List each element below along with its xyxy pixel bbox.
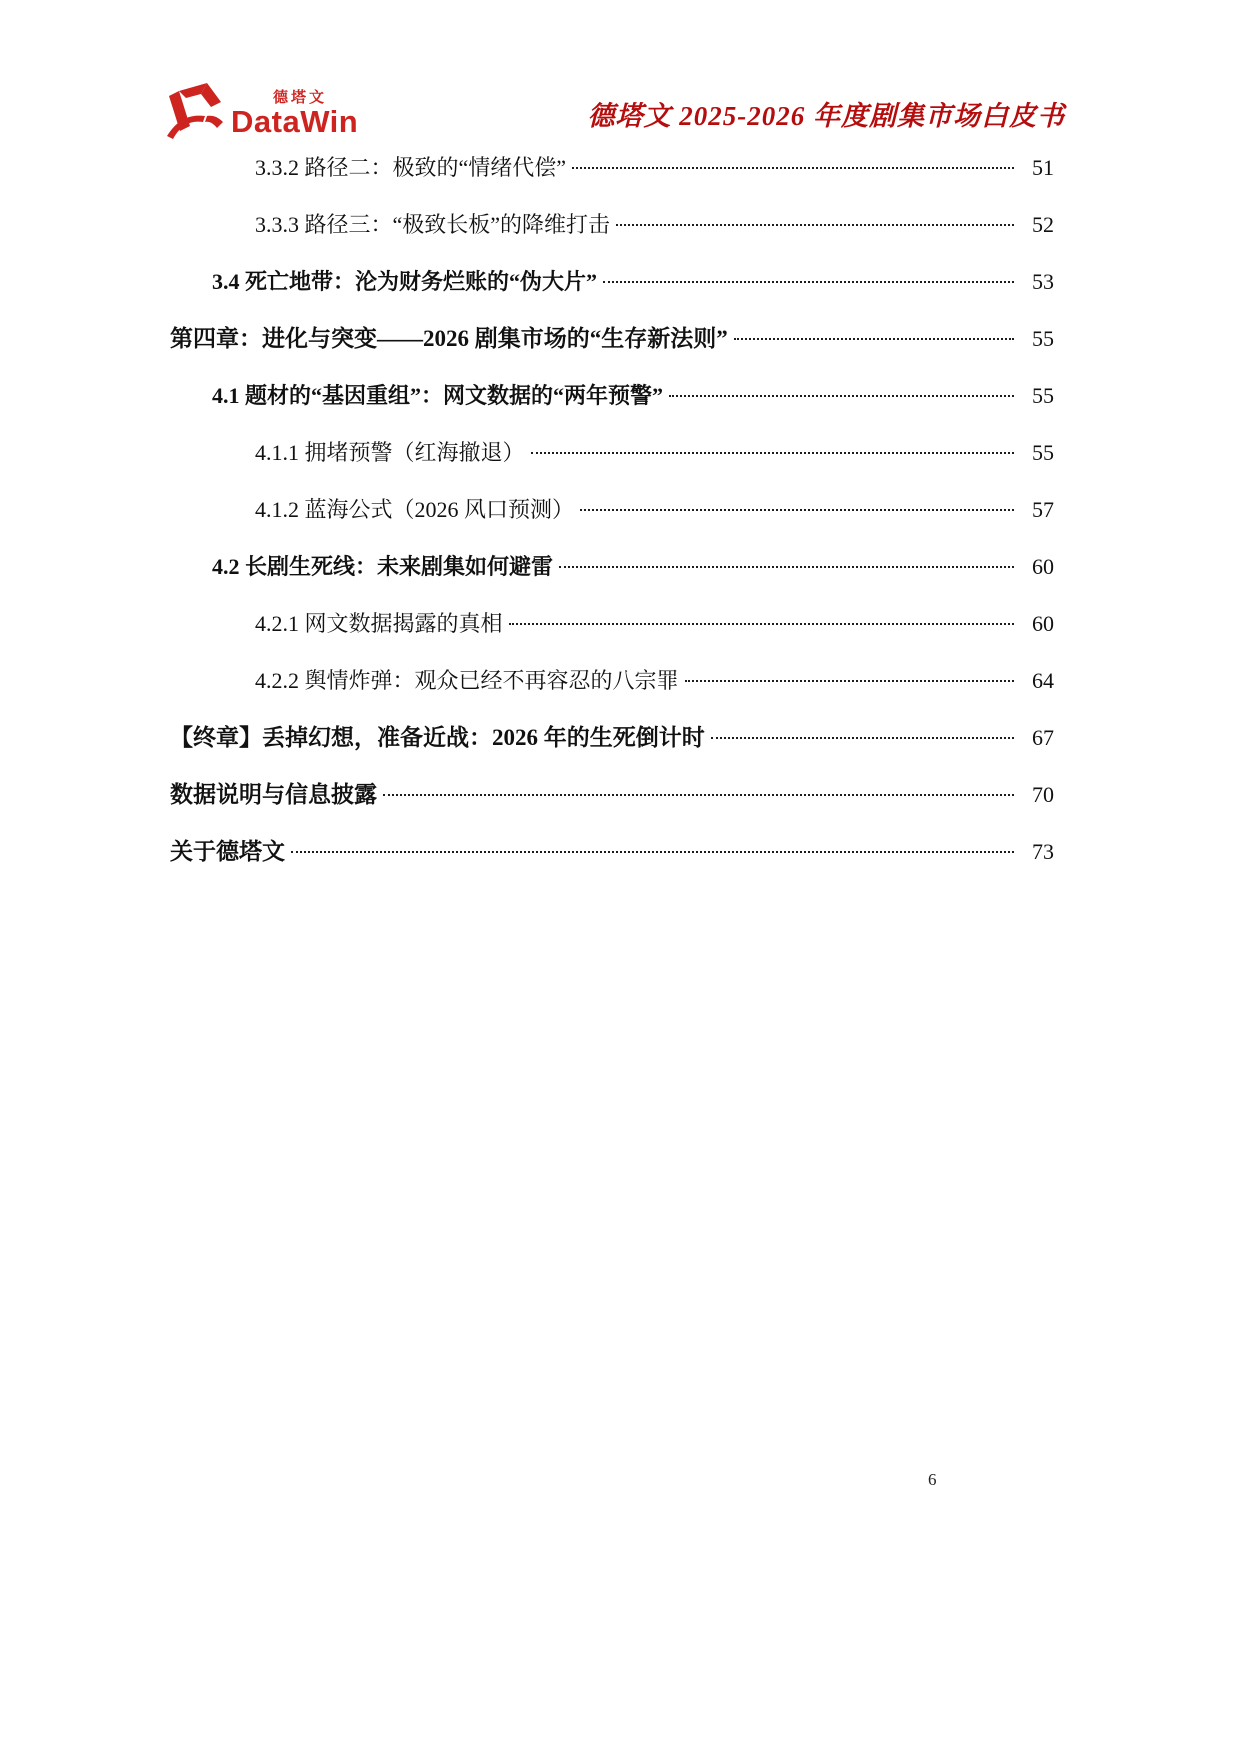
toc-entry: 4.1 题材的“基因重组”：网文数据的“两年预警” 55 xyxy=(170,367,1054,424)
toc-entry: 【终章】丢掉幻想，准备近战：2026 年的生死倒计时 67 xyxy=(170,709,1054,766)
datawin-logo: 德塔文 DataWin xyxy=(163,82,358,144)
toc-entry-label: 4.1 题材的“基因重组”：网文数据的“两年预警” xyxy=(212,367,663,424)
toc-entry-page: 55 xyxy=(1018,424,1054,481)
logo-chinese-name: 德塔文 xyxy=(273,90,327,105)
toc-entry-page: 55 xyxy=(1018,367,1054,424)
datawin-logo-text: 德塔文 DataWin xyxy=(231,90,358,137)
toc-entry: 3.3.2 路径二：极致的“情绪代偿” 51 xyxy=(170,139,1054,196)
table-of-contents: 3.3.2 路径二：极致的“情绪代偿” 51 3.3.3 路径三：“极致长板”的… xyxy=(170,139,1054,880)
logo-english-name: DataWin xyxy=(231,106,358,137)
toc-entry-label: 3.3.2 路径二：极致的“情绪代偿” xyxy=(255,139,566,196)
dot-leader xyxy=(580,509,1014,511)
toc-entry: 关于德塔文 73 xyxy=(170,823,1054,880)
toc-entry-page: 70 xyxy=(1018,766,1054,823)
toc-entry: 4.2.1 网文数据揭露的真相 60 xyxy=(170,595,1054,652)
toc-entry: 4.2 长剧生死线：未来剧集如何避雷 60 xyxy=(170,538,1054,595)
toc-entry-label: 4.2 长剧生死线：未来剧集如何避雷 xyxy=(212,538,553,595)
toc-entry: 数据说明与信息披露 70 xyxy=(170,766,1054,823)
toc-entry: 4.2.2 舆情炸弹：观众已经不再容忍的八宗罪 64 xyxy=(170,652,1054,709)
dot-leader xyxy=(291,851,1014,853)
toc-entry-page: 53 xyxy=(1018,253,1054,310)
toc-entry-label: 【终章】丢掉幻想，准备近战：2026 年的生死倒计时 xyxy=(170,709,705,766)
page-header: 德塔文 DataWin 德塔文 2025-2026 年度剧集市场白皮书 xyxy=(163,80,1065,146)
toc-entry-page: 57 xyxy=(1018,481,1054,538)
dot-leader xyxy=(572,167,1014,169)
toc-entry-page: 64 xyxy=(1018,652,1054,709)
dot-leader xyxy=(685,680,1014,682)
document-header-title: 德塔文 2025-2026 年度剧集市场白皮书 xyxy=(588,94,1066,133)
dot-leader xyxy=(616,224,1014,226)
toc-entry: 3.4 死亡地带：沦为财务烂账的“伪大片” 53 xyxy=(170,253,1054,310)
dot-leader xyxy=(603,281,1014,283)
toc-entry: 4.1.1 拥堵预警（红海撤退） 55 xyxy=(170,424,1054,481)
toc-entry: 3.3.3 路径三：“极致长板”的降维打击 52 xyxy=(170,196,1054,253)
toc-entry-label: 3.4 死亡地带：沦为财务烂账的“伪大片” xyxy=(212,253,597,310)
dot-leader xyxy=(531,452,1014,454)
dot-leader xyxy=(383,794,1014,796)
dot-leader xyxy=(509,623,1014,625)
toc-entry-label: 第四章：进化与突变——2026 剧集市场的“生存新法则” xyxy=(170,310,728,367)
toc-entry-label: 3.3.3 路径三：“极致长板”的降维打击 xyxy=(255,196,610,253)
toc-entry-label: 4.2.1 网文数据揭露的真相 xyxy=(255,595,503,652)
toc-entry: 第四章：进化与突变——2026 剧集市场的“生存新法则” 55 xyxy=(170,310,1054,367)
toc-entry-label: 4.1.2 蓝海公式（2026 风口预测） xyxy=(255,481,574,538)
dot-leader xyxy=(559,566,1014,568)
toc-entry-label: 4.1.1 拥堵预警（红海撤退） xyxy=(255,424,525,481)
toc-entry-page: 73 xyxy=(1018,823,1054,880)
toc-entry-page: 60 xyxy=(1018,595,1054,652)
dot-leader xyxy=(711,737,1014,739)
toc-entry-label: 数据说明与信息披露 xyxy=(170,766,377,823)
toc-entry-page: 51 xyxy=(1018,139,1054,196)
toc-entry-page: 55 xyxy=(1018,310,1054,367)
dot-leader xyxy=(734,338,1014,340)
toc-entry-page: 52 xyxy=(1018,196,1054,253)
footer-page-number: 6 xyxy=(928,1470,937,1490)
datawin-logo-icon xyxy=(163,82,227,144)
toc-entry-label: 关于德塔文 xyxy=(170,823,285,880)
toc-entry: 4.1.2 蓝海公式（2026 风口预测） 57 xyxy=(170,481,1054,538)
toc-entry-page: 60 xyxy=(1018,538,1054,595)
toc-entry-label: 4.2.2 舆情炸弹：观众已经不再容忍的八宗罪 xyxy=(255,652,679,709)
toc-entry-page: 67 xyxy=(1018,709,1054,766)
dot-leader xyxy=(669,395,1014,397)
